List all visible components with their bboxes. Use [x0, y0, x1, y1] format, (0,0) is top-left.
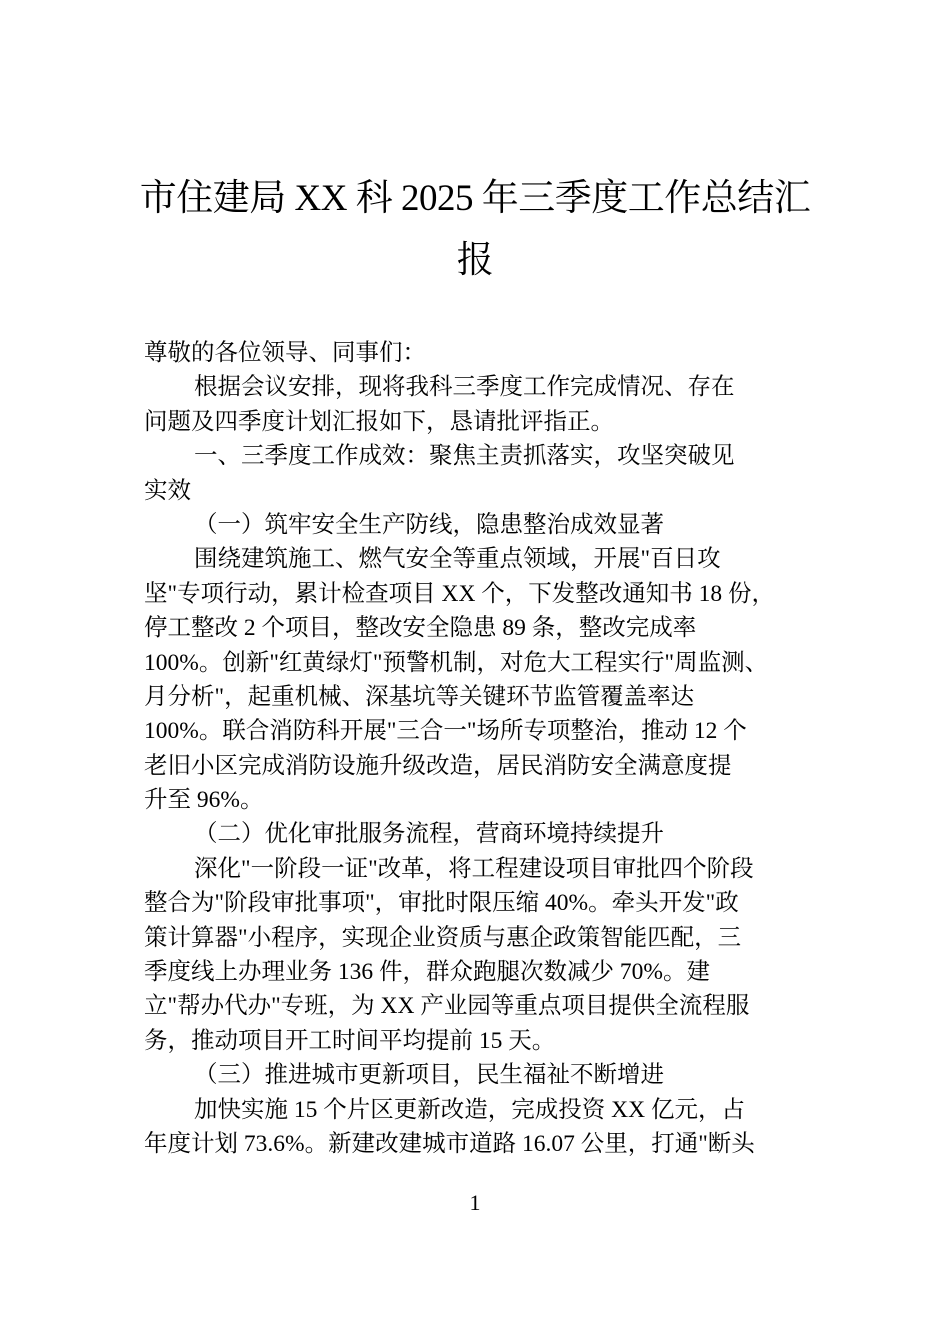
body-line: 月分析"，起重机械、深基坑等关键环节监管覆盖率达 [144, 680, 834, 714]
salutation: 尊敬的各位领导、同事们： [144, 336, 834, 370]
body-line: 根据会议安排，现将我科三季度工作完成情况、存在 [144, 370, 834, 404]
body-line: 升至 96%。 [144, 783, 834, 817]
body-line: 坚"专项行动，累计检查项目 XX 个，下发整改通知书 18 份， [144, 577, 834, 611]
body-line: 整合为"阶段审批事项"，审批时限压缩 40%。牵头开发"政 [144, 886, 834, 920]
document-page: 市住建局 XX 科 2025 年三季度工作总结汇 报 尊敬的各位领导、同事们： … [0, 0, 950, 1344]
body-line: （一）筑牢安全生产防线，隐患整治成效显著 [144, 508, 834, 542]
title-line-2: 报 [100, 230, 850, 292]
body-line: 问题及四季度计划汇报如下，恳请批评指正。 [144, 405, 834, 439]
body-line: 加快实施 15 个片区更新改造，完成投资 XX 亿元，占 [144, 1093, 834, 1127]
document-body: 尊敬的各位领导、同事们： 根据会议安排，现将我科三季度工作完成情况、存在问题及四… [144, 336, 834, 1161]
body-line: （二）优化审批服务流程，营商环境持续提升 [144, 817, 834, 851]
body-line: 100%。创新"红黄绿灯"预警机制，对危大工程实行"周监测、 [144, 646, 834, 680]
body-line: 深化"一阶段一证"改革，将工程建设项目审批四个阶段 [144, 852, 834, 886]
body-line: 一、三季度工作成效：聚焦主责抓落实，攻坚突破见 [144, 439, 834, 473]
body-line: 100%。联合消防科开展"三合一"场所专项整治，推动 12 个 [144, 714, 834, 748]
body-line: （三）推进城市更新项目，民生福祉不断增进 [144, 1058, 834, 1092]
body-lines: 根据会议安排，现将我科三季度工作完成情况、存在问题及四季度计划汇报如下，恳请批评… [144, 370, 834, 1161]
body-line: 老旧小区完成消防设施升级改造，居民消防安全满意度提 [144, 749, 834, 783]
body-line: 季度线上办理业务 136 件，群众跑腿次数减少 70%。建 [144, 955, 834, 989]
body-line: 立"帮办代办"专班，为 XX 产业园等重点项目提供全流程服 [144, 989, 834, 1023]
body-line: 停工整改 2 个项目，整改安全隐患 89 条，整改完成率 [144, 611, 834, 645]
body-line: 策计算器"小程序，实现企业资质与惠企政策智能匹配，三 [144, 921, 834, 955]
body-line: 实效 [144, 474, 834, 508]
body-line: 年度计划 73.6%。新建改建城市道路 16.07 公里，打通"断头 [144, 1127, 834, 1161]
body-line: 务，推动项目开工时间平均提前 15 天。 [144, 1024, 834, 1058]
document-title: 市住建局 XX 科 2025 年三季度工作总结汇 报 [100, 168, 850, 292]
body-line: 围绕建筑施工、燃气安全等重点领域，开展"百日攻 [144, 542, 834, 576]
page-number: 1 [0, 1188, 950, 1218]
title-line-1: 市住建局 XX 科 2025 年三季度工作总结汇 [100, 168, 850, 230]
